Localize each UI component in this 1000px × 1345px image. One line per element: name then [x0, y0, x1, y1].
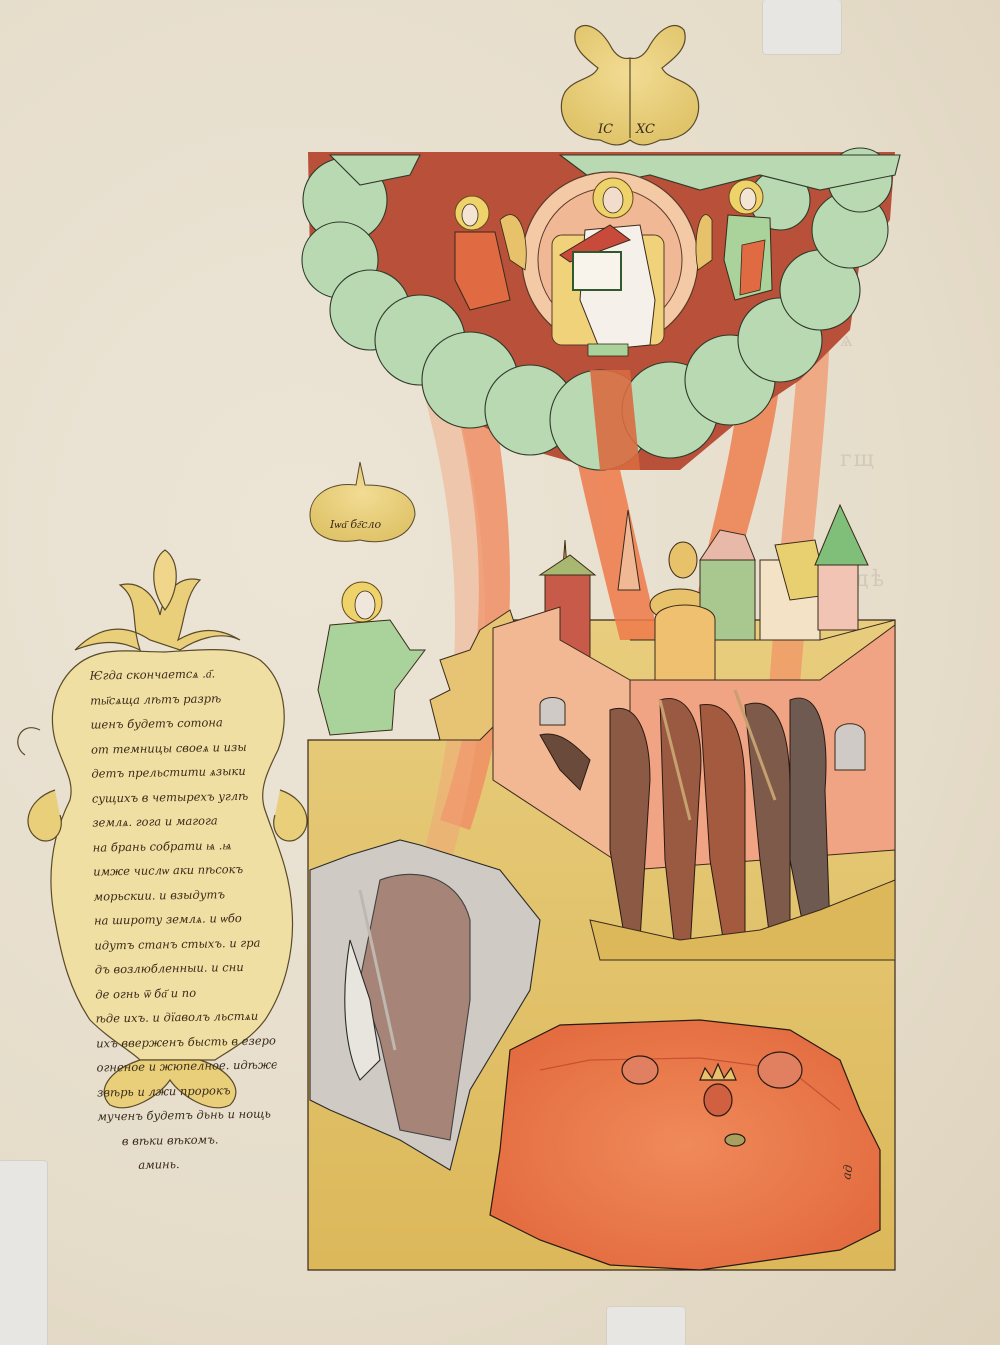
text-line: звѣрь и лжи пророкъ	[97, 1077, 277, 1105]
text-line: сущихъ в четырехъ углѣ	[92, 783, 272, 811]
text-line: де огнь ѿ ба҃ и по	[95, 979, 275, 1007]
text-line: идутъ станъ стыхъ. и гра	[94, 930, 274, 958]
text-line: шенъ будетъ сотона	[90, 709, 270, 737]
cartouche-text: Ѥгда скончаетсѧ .а҃. ты҃сѧща лѣтъ разрѣ …	[90, 660, 279, 1178]
text-line: морьскии. и взыдутъ	[93, 881, 273, 909]
fire-pit	[490, 1020, 880, 1270]
text-line: ихъ вверженъ бысть в езеро	[96, 1028, 276, 1056]
text-line: землѧ. гога и магога	[92, 807, 272, 835]
text-line: Ѥгда скончаетсѧ .а҃.	[90, 660, 270, 688]
text-line: дъ возлюбленныи. и сни	[95, 954, 275, 982]
top-ornament-cartouche	[561, 26, 698, 145]
text-line: детъ прельстити ѧзыки	[91, 758, 271, 786]
text-line: ты҃сѧща лѣтъ разрѣ	[90, 685, 270, 713]
text-line: мученъ будетъ дьнь и нощь	[97, 1101, 277, 1129]
text-line: в вѣки вѣкомъ.	[98, 1126, 278, 1154]
text-line: аминь.	[98, 1150, 278, 1178]
saint-john	[318, 582, 425, 735]
text-line: имже числѡ аки пѣсокъ	[93, 856, 273, 884]
monogram-xc: XC	[635, 122, 655, 137]
manuscript-page: ніх ѧ гщ ѣдѣ еій ѧ ни ніи	[0, 0, 1000, 1345]
text-line: огненое и жюпелное. идѣже	[96, 1052, 276, 1080]
fire-pit-inscription: ад	[839, 1163, 855, 1180]
monogram-ic: IC	[597, 122, 613, 137]
text-line: на широту землѧ. и ѡбо	[94, 905, 274, 933]
text-line: ѣде ихъ. и дїаволъ льстѧи	[96, 1003, 276, 1031]
text-line: от темницы своеѧ и изы	[91, 734, 271, 762]
saint-label: Іѡа҃ бг҃сло	[329, 518, 382, 531]
text-line: на брань собрати ѩ .ѩ	[93, 832, 273, 860]
